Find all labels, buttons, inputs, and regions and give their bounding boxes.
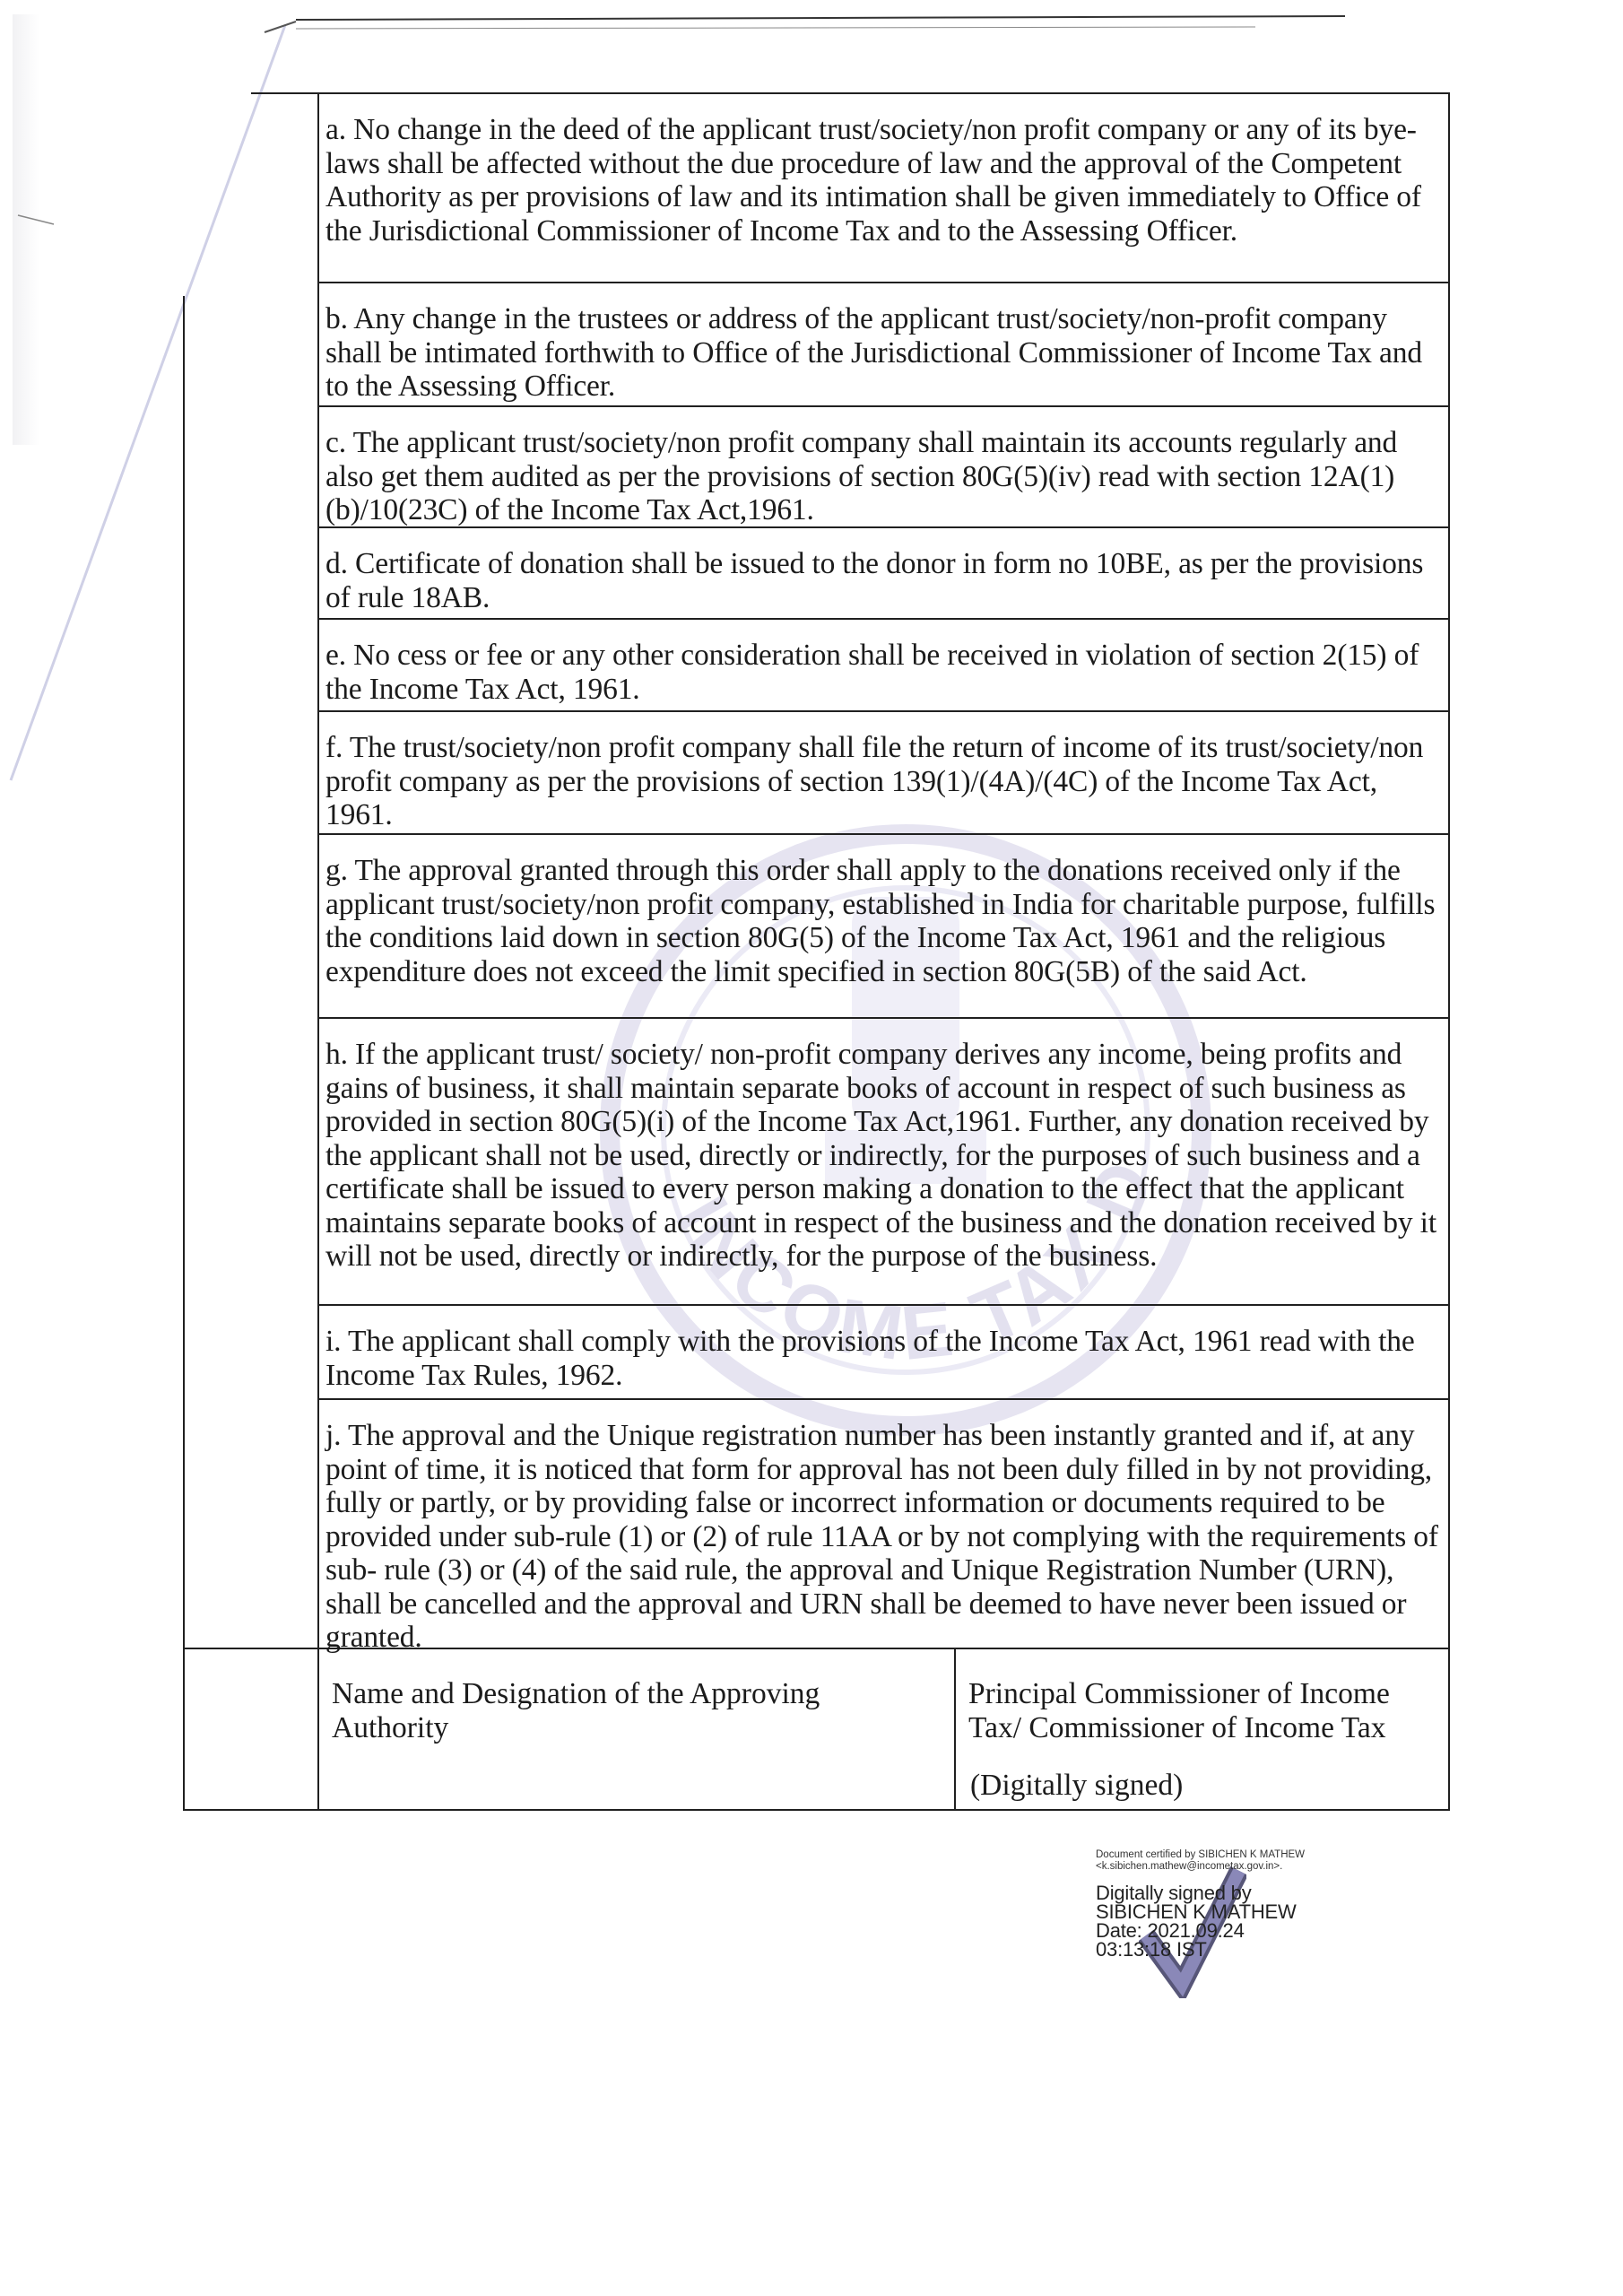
- condition-f: f. The trust/society/non profit company …: [325, 731, 1442, 832]
- condition-g: g. The approval granted through this ord…: [325, 854, 1442, 988]
- condition-d: d. Certificate of donation shall be issu…: [325, 547, 1442, 614]
- row-divider: [318, 1017, 1449, 1019]
- signature-time: 03:13:18 IST: [1096, 1940, 1392, 1959]
- table-left-border: [183, 296, 185, 1811]
- certified-by-line: Document certified by SIBICHEN K MATHEW: [1096, 1849, 1392, 1861]
- condition-e: e. No cess or fee or any other considera…: [325, 639, 1442, 706]
- row-divider: [318, 618, 1449, 620]
- row-divider: [318, 1304, 1449, 1306]
- condition-h: h. If the applicant trust/ society/ non-…: [325, 1038, 1442, 1274]
- row-divider: [318, 405, 1449, 407]
- approving-authority-label: Name and Designation of the Approving Au…: [332, 1677, 924, 1744]
- scan-edge-shadow: [13, 14, 39, 445]
- digitally-signed-note: (Digitally signed): [970, 1769, 1183, 1803]
- row-divider: [318, 282, 1449, 283]
- row-divider: [318, 1398, 1449, 1400]
- certifier-email: <k.sibichen.mathew@incometax.gov.in>.: [1096, 1861, 1392, 1873]
- table-column-divider: [317, 93, 319, 1811]
- condition-c: c. The applicant trust/society/non profi…: [325, 426, 1442, 527]
- row-divider: [318, 833, 1449, 835]
- table-bottom-border: [184, 1809, 1450, 1811]
- condition-j: j. The approval and the Unique registrat…: [325, 1419, 1442, 1655]
- condition-b: b. Any change in the trustees or address…: [325, 302, 1442, 404]
- signed-by-label: Digitally signed by: [1096, 1883, 1392, 1902]
- footer-column-divider: [954, 1648, 956, 1810]
- condition-i: i. The applicant shall comply with the p…: [325, 1325, 1442, 1392]
- approving-authority-designation: Principal Commissioner of Income Tax/ Co…: [968, 1677, 1444, 1744]
- signer-name: SIBICHEN K MATHEW: [1096, 1902, 1392, 1921]
- condition-a: a. No change in the deed of the applican…: [325, 113, 1442, 248]
- table-right-border: [1448, 93, 1450, 1811]
- digital-signature-block: Document certified by SIBICHEN K MATHEW …: [1096, 1849, 1392, 1959]
- row-divider: [318, 710, 1449, 712]
- signature-date: Date: 2021.09.24: [1096, 1921, 1392, 1940]
- table-top-border: [251, 92, 1450, 94]
